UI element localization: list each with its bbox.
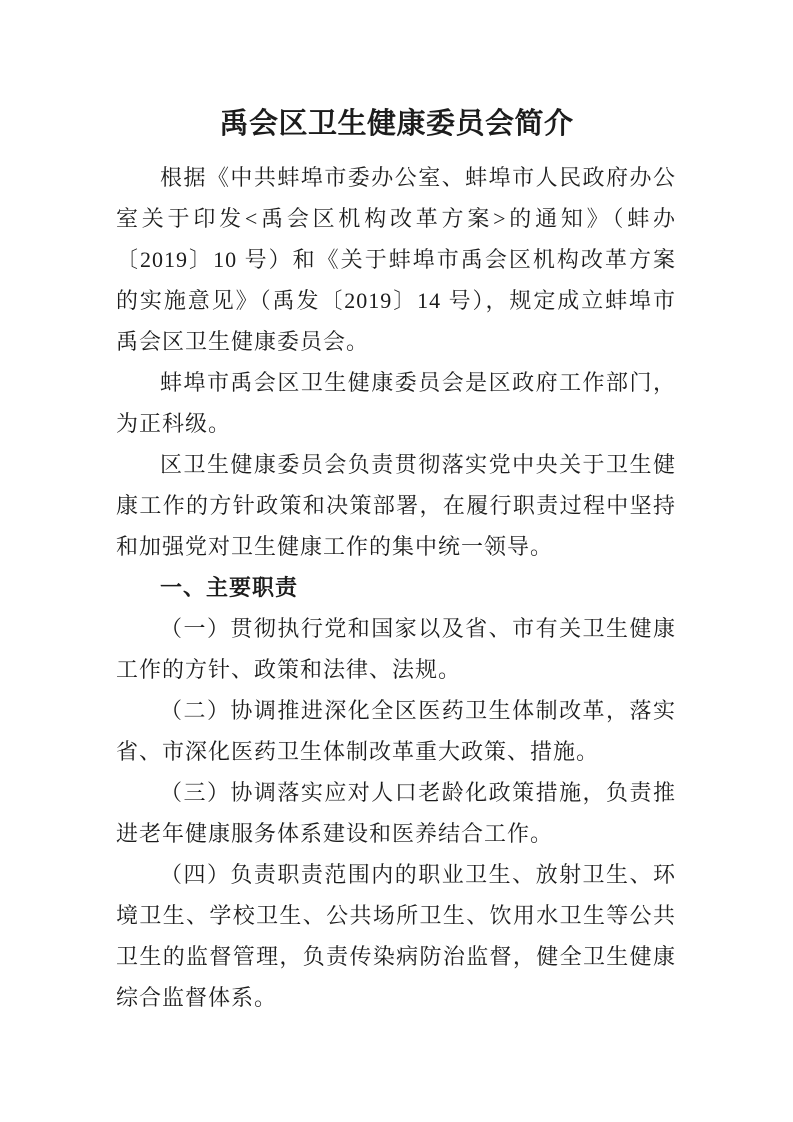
- document-page: 禹会区卫生健康委员会简介 根据《中共蚌埠市委办公室、蚌埠市人民政府办公室关于印发…: [0, 0, 793, 1122]
- paragraph-org-status: 蚌埠市禹会区卫生健康委员会是区政府工作部门，为正科级。: [116, 362, 676, 444]
- paragraph-duty-1: （一）贯彻执行党和国家以及省、市有关卫生健康工作的方针、政策和法律、法规。: [116, 608, 676, 690]
- paragraph-establishment-basis: 根据《中共蚌埠市委办公室、蚌埠市人民政府办公室关于印发<禹会区机构改革方案>的通…: [116, 157, 676, 362]
- paragraph-duty-2: （二）协调推进深化全区医药卫生体制改革，落实省、市深化医药卫生体制改革重大政策、…: [116, 690, 676, 772]
- section-heading-main-duties: 一、主要职责: [116, 567, 676, 608]
- document-title: 禹会区卫生健康委员会简介: [0, 0, 793, 145]
- paragraph-party-leadership: 区卫生健康委员会负责贯彻落实党中央关于卫生健康工作的方针政策和决策部署，在履行职…: [116, 444, 676, 567]
- paragraph-duty-3: （三）协调落实应对人口老龄化政策措施，负责推进老年健康服务体系建设和医养结合工作…: [116, 772, 676, 854]
- text-column: 根据《中共蚌埠市委办公室、蚌埠市人民政府办公室关于印发<禹会区机构改革方案>的通…: [116, 157, 676, 1018]
- paragraph-duty-4: （四）负责职责范围内的职业卫生、放射卫生、环境卫生、学校卫生、公共场所卫生、饮用…: [116, 854, 676, 1018]
